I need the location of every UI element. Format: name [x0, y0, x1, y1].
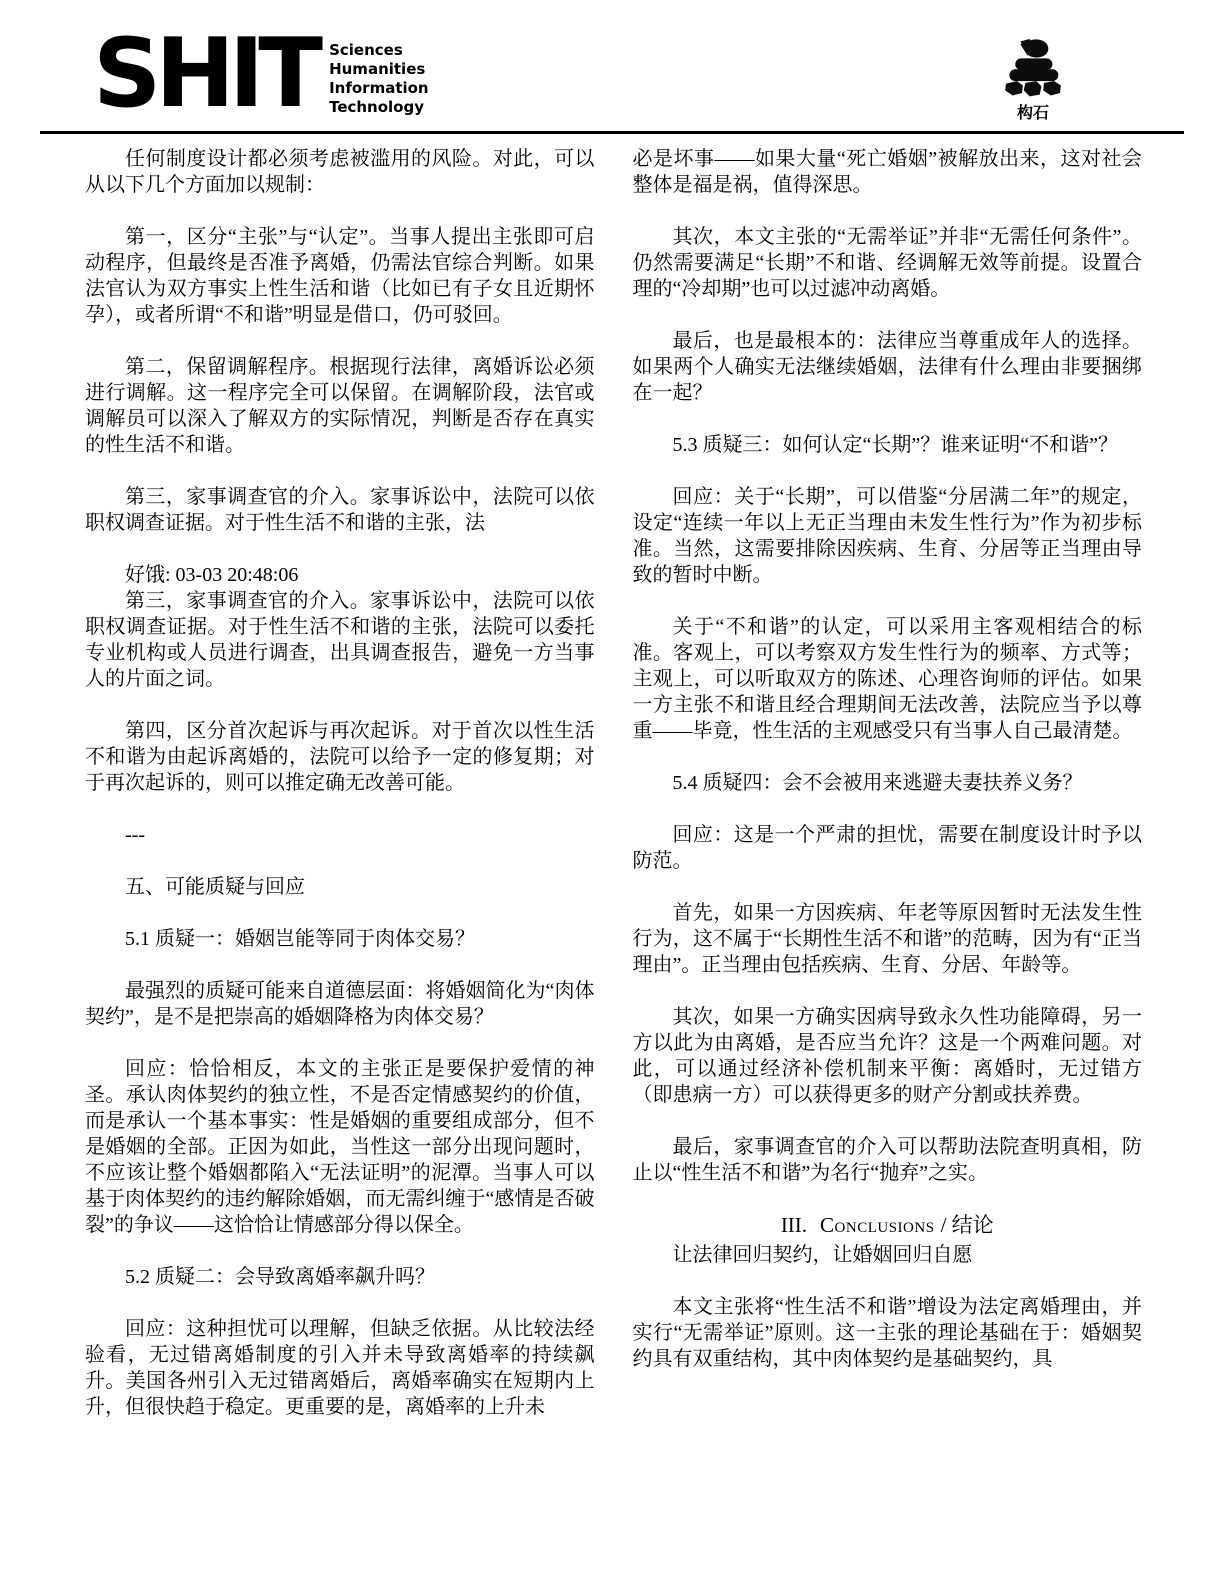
paragraph: 第三，家事调查官的介入。家事诉讼中，法院可以依职权调查证据。对于性生活不和谐的主…	[85, 588, 595, 692]
paragraph: 回应：这种担忧可以理解，但缺乏依据。从比较法经验看，无过错离婚制度的引入并未导致…	[85, 1316, 595, 1420]
section-divider: ---	[85, 822, 595, 848]
chat-timestamp: 好饿: 03-03 20:48:06	[85, 562, 595, 588]
subsection-heading: 5.3 质疑三：如何认定“长期”？谁来证明“不和谐”？	[633, 432, 1143, 458]
header-rule	[40, 131, 1184, 134]
stone-pile-icon	[995, 38, 1071, 104]
paragraph: 必是坏事——如果大量“死亡婚姻”被解放出来，这对社会整体是福是祸，值得深思。	[633, 146, 1143, 198]
paragraph: 回应：恰恰相反，本文的主张正是要保护爱情的神圣。承认肉体契约的独立性，不是否定情…	[85, 1056, 595, 1238]
conclusions-suffix: / 结论	[941, 1213, 994, 1237]
paragraph: 回应：关于“长期”，可以借鉴“分居满二年”的规定，设定“连续一年以上无正当理由未…	[633, 484, 1143, 588]
journal-logo-acronym: SHIT	[93, 30, 317, 118]
paragraph: 最强烈的质疑可能来自道德层面：将婚姻简化为“肉体契约”，是不是把崇高的婚姻降格为…	[85, 978, 595, 1030]
paragraph: 第一，区分“主张”与“认定”。当事人提出主张即可启动程序，但最终是否准予离婚，仍…	[85, 224, 595, 328]
paragraph: 回应：这是一个严肃的担忧，需要在制度设计时予以防范。	[633, 822, 1143, 874]
section-heading: 五、可能质疑与回应	[85, 874, 595, 900]
paragraph: 本文主张将“性生活不和谐”增设为法定离婚理由，并实行“无需举证”原则。这一主张的…	[633, 1294, 1143, 1372]
article-body: 任何制度设计都必须考虑被滥用的风险。对此，可以从以下几个方面加以规制： 第一，区…	[85, 146, 1142, 1420]
paragraph: 首先，如果一方因疾病、年老等原因暂时无法发生性行为，这不属于“长期性生活不和谐”…	[633, 900, 1143, 978]
journal-logo-word: Technology	[329, 98, 429, 117]
stamp-label: 构石	[988, 104, 1078, 122]
journal-logo-word: Humanities	[329, 60, 429, 79]
paragraph: 第二，保留调解程序。根据现行法律，离婚诉讼必须进行调解。这一程序完全可以保留。在…	[85, 354, 595, 458]
conclusions-heading: III.Conclusions/ 结论	[633, 1212, 1143, 1238]
subsection-heading: 5.4 质疑四：会不会被用来逃避夫妻扶养义务？	[633, 770, 1143, 796]
journal-logo: SHIT Sciences Humanities Information Tec…	[93, 30, 429, 118]
left-column: 任何制度设计都必须考虑被滥用的风险。对此，可以从以下几个方面加以规制： 第一，区…	[85, 146, 595, 1420]
journal-logo-word: Information	[329, 79, 429, 98]
subsection-heading: 5.1 质疑一：婚姻岂能等同于肉体交易？	[85, 926, 595, 952]
paragraph: 最后，也是最根本的：法律应当尊重成年人的选择。如果两个人确实无法继续婚姻，法律有…	[633, 328, 1143, 406]
right-column: 必是坏事——如果大量“死亡婚姻”被解放出来，这对社会整体是福是祸，值得深思。 其…	[633, 146, 1143, 1420]
journal-logo-words: Sciences Humanities Information Technolo…	[329, 41, 429, 117]
subsection-heading: 5.2 质疑二：会导致离婚率飙升吗？	[85, 1264, 595, 1290]
conclusion-subtitle: 让法律回归契约，让婚姻回归自愿	[633, 1242, 1143, 1268]
paragraph: 最后，家事调查官的介入可以帮助法院查明真相，防止以“性生活不和谐”为名行“抛弃”…	[633, 1134, 1143, 1186]
paragraph: 任何制度设计都必须考虑被滥用的风险。对此，可以从以下几个方面加以规制：	[85, 146, 595, 198]
paragraph: 其次，本文主张的“无需举证”并非“无需任何条件”。仍然需要满足“长期”不和谐、经…	[633, 224, 1143, 302]
publisher-stamp: 构石	[988, 38, 1078, 122]
paragraph: 关于“不和谐”的认定，可以采用主客观相结合的标准。客观上，可以考察双方发生性行为…	[633, 614, 1143, 744]
journal-header: SHIT Sciences Humanities Information Tec…	[0, 0, 1224, 133]
paragraph: 第四，区分首次起诉与再次起诉。对于首次以性生活不和谐为由起诉离婚的，法院可以给予…	[85, 718, 595, 796]
paragraph: 其次，如果一方确实因病导致永久性功能障碍，另一方以此为由离婚，是否应当允许？这是…	[633, 1004, 1143, 1108]
conclusions-numeral: III.	[781, 1213, 807, 1237]
paragraph: 第三，家事调查官的介入。家事诉讼中，法院可以依职权调查证据。对于性生活不和谐的主…	[85, 484, 595, 536]
conclusions-title: Conclusions	[820, 1213, 935, 1237]
journal-logo-word: Sciences	[329, 41, 429, 60]
